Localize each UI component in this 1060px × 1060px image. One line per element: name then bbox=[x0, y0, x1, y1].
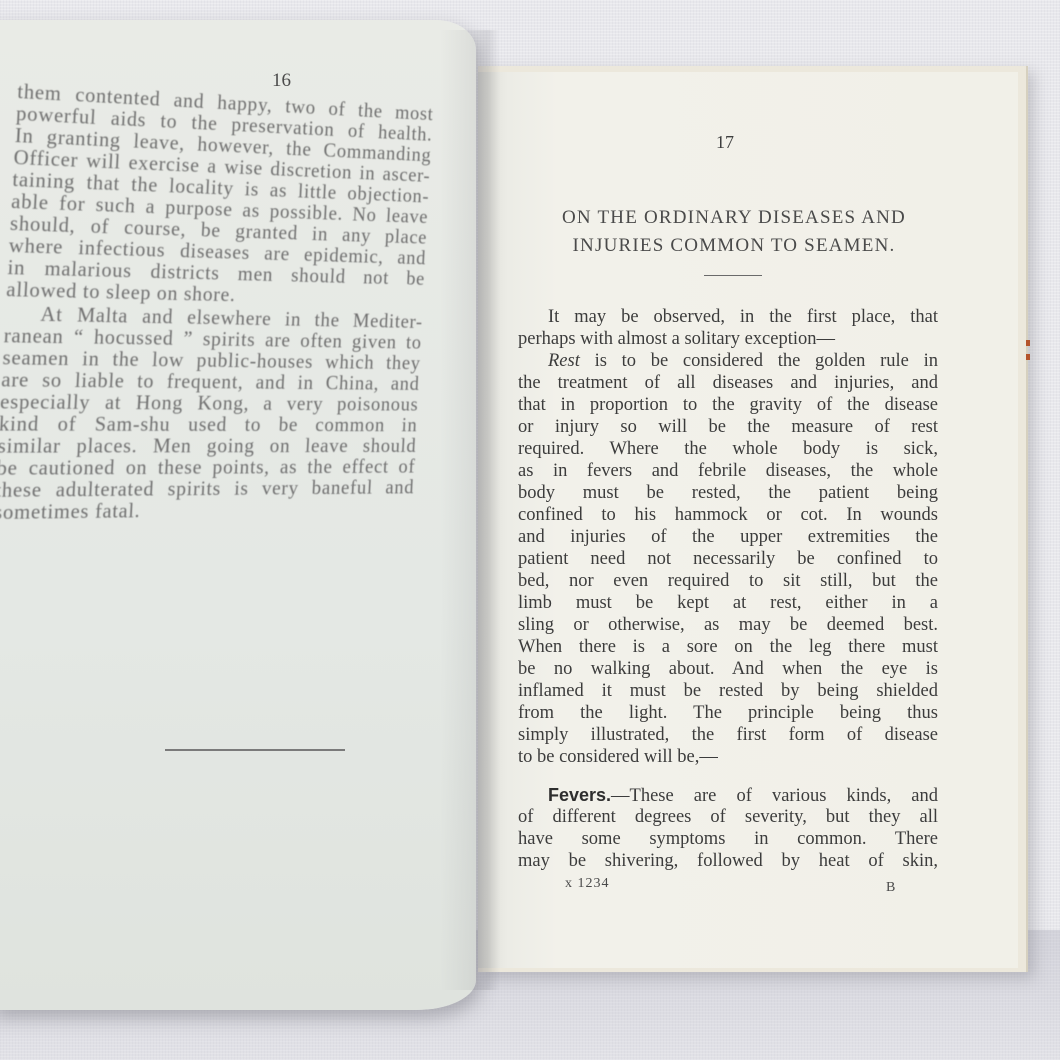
right-page-number: 17 bbox=[716, 132, 734, 153]
section-end-rule bbox=[165, 749, 345, 751]
chapter-divider-rule bbox=[704, 275, 762, 276]
printer-signature-mark: x 1234 bbox=[565, 876, 610, 892]
text-line: limb must be kept at rest, either in a bbox=[518, 592, 938, 614]
text-line: Fevers.—These are of various kinds, and bbox=[518, 784, 938, 806]
text-line: When there is a sore on the leg there mu… bbox=[518, 636, 938, 658]
text-line: sling or otherwise, as may be deemed bes… bbox=[518, 614, 938, 636]
text-line: confined to his hammock or cot. In wound… bbox=[518, 504, 938, 526]
text-line: similar places. Men going on leave shoul… bbox=[0, 435, 417, 457]
text-line: may be shivering, followed by heat of sk… bbox=[518, 850, 938, 872]
text-line: It may be observed, in the first place, … bbox=[518, 306, 938, 328]
text-line: kind of Sam-shu used to be common in bbox=[0, 412, 418, 435]
text-line: as in fevers and febrile diseases, the w… bbox=[518, 460, 938, 482]
text-line: inflamed it must be rested by being shie… bbox=[518, 680, 938, 702]
text-line: perhaps with almost a solitary exception… bbox=[518, 328, 938, 350]
right-page-body: It may be observed, in the first place, … bbox=[518, 306, 938, 872]
italic-lead-rest: Rest bbox=[548, 351, 580, 371]
text-line: required. Where the whole body is sick, bbox=[518, 438, 938, 460]
text-line: bed, nor even required to sit still, but… bbox=[518, 570, 938, 592]
text-line: body must be rested, the patient being bbox=[518, 482, 938, 504]
fore-edge-red-marks bbox=[1026, 340, 1030, 370]
left-page-number: 16 bbox=[272, 70, 291, 92]
text-line: and injuries of the upper extremities th… bbox=[518, 526, 938, 548]
text-line: that in proportion to the gravity of the… bbox=[518, 394, 938, 416]
text-line: Rest is to be considered the golden rule… bbox=[518, 350, 938, 372]
left-page-body: them contented and happy, two of the mos… bbox=[0, 80, 434, 523]
text-line: of different degrees of severity, but th… bbox=[518, 806, 938, 828]
text-line: the treatment of all diseases and injuri… bbox=[518, 372, 938, 394]
gathering-signature-letter: B bbox=[886, 880, 895, 896]
text-line: from the light. The principle being thus bbox=[518, 702, 938, 724]
text-line: especially at Hong Kong, a very poisonou… bbox=[0, 390, 419, 414]
text-line: or injury so will be the measure of rest bbox=[518, 416, 938, 438]
chapter-title-line-1: ON THE ORDINARY DISEASES AND bbox=[528, 204, 940, 232]
bold-lead-fevers: Fevers. bbox=[548, 785, 611, 805]
text-line: to be considered will be,— bbox=[518, 746, 938, 768]
text-line: patient need not necessarily be confined… bbox=[518, 548, 938, 570]
text-line: simply illustrated, the first form of di… bbox=[518, 724, 938, 746]
text-line: be no walking about. And when the eye is bbox=[518, 658, 938, 680]
chapter-title-line-2: INJURIES COMMON TO SEAMEN. bbox=[528, 232, 940, 260]
chapter-title: ON THE ORDINARY DISEASES AND INJURIES CO… bbox=[528, 204, 940, 260]
text-line: have some symptoms in common. There bbox=[518, 828, 938, 850]
